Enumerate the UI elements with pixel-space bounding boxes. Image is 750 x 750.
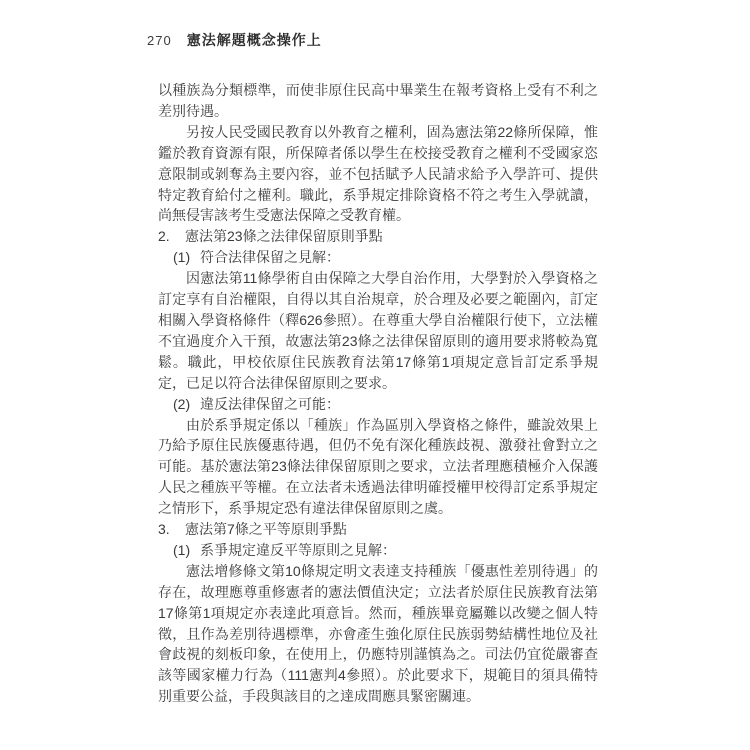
- item-number: 2.: [158, 226, 185, 247]
- sub-item-label: (1): [173, 540, 200, 561]
- continuation-paragraph: 以種族為分類標準，而使非原住民高中畢業生在報考資格上受有不利之差別待遇。: [158, 80, 598, 122]
- sub-item-title: 系爭規定違反平等原則之見解：: [200, 540, 598, 561]
- book-page: 270 憲法解題概念操作上 以種族為分類標準，而使非原住民高中畢業生在報考資格上…: [0, 0, 750, 750]
- page-number: 270: [147, 33, 172, 48]
- body-paragraph: 另按人民受國民教育以外教育之權利，固為憲法第22條所保障，惟鑑於教育資源有限，所…: [158, 122, 598, 227]
- sub-item-title: 符合法律保留之見解：: [200, 247, 598, 268]
- sub-item-label: (2): [173, 394, 200, 415]
- item-title: 憲法第23條之法律保留原則爭點: [185, 226, 598, 247]
- sub-item-title: 違反法律保留之可能：: [200, 394, 598, 415]
- page-header: 270 憲法解題概念操作上: [147, 30, 322, 50]
- list-item-3: 3. 憲法第7條之平等原則爭點: [158, 519, 598, 540]
- item-number: 3.: [158, 519, 185, 540]
- sub-item-paragraph: 由於系爭規定係以「種族」作為區別入學資格之條件，雖說效果上乃給予原住民族優惠待遇…: [158, 415, 598, 520]
- list-item-2: 2. 憲法第23條之法律保留原則爭點: [158, 226, 598, 247]
- book-title: 憲法解題概念操作上: [187, 30, 322, 50]
- sub-item-3-1: (1) 系爭規定違反平等原則之見解：: [173, 540, 598, 561]
- sub-item-2-2: (2) 違反法律保留之可能：: [173, 394, 598, 415]
- sub-item-label: (1): [173, 247, 200, 268]
- item-title: 憲法第7條之平等原則爭點: [185, 519, 598, 540]
- sub-item-paragraph: 憲法增修條文第10條規定明文表達支持種族「優惠性差別待遇」的存在，故理應尊重修憲…: [158, 561, 598, 707]
- sub-item-paragraph: 因憲法第11條學術自由保障之大學自治作用，大學對於入學資格之訂定享有自治權限，自…: [158, 268, 598, 393]
- page-content: 以種族為分類標準，而使非原住民高中畢業生在報考資格上受有不利之差別待遇。 另按人…: [158, 80, 598, 707]
- sub-item-2-1: (1) 符合法律保留之見解：: [173, 247, 598, 268]
